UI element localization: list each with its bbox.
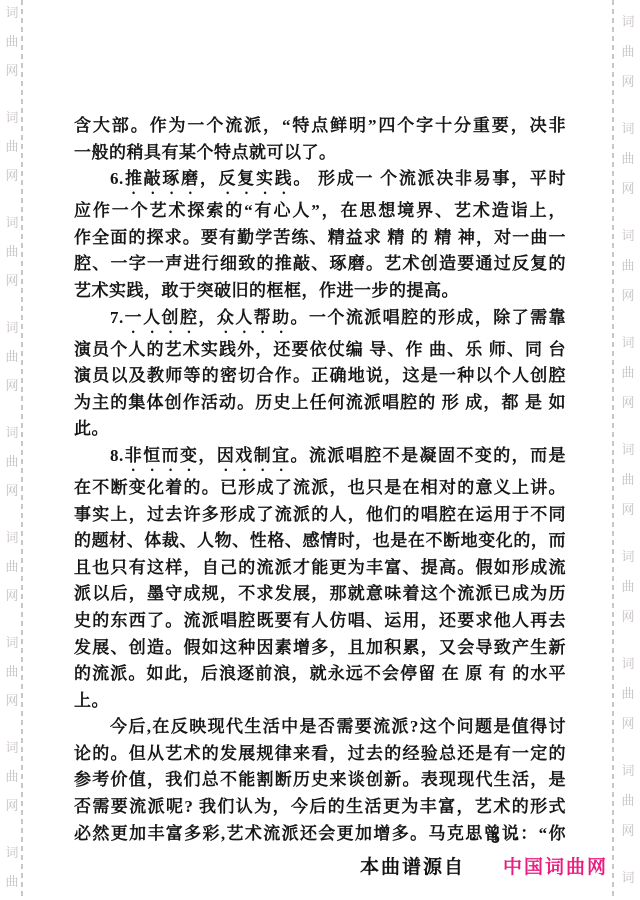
text-line: 此。 bbox=[74, 416, 566, 443]
text-segment: 上。 bbox=[74, 691, 109, 710]
text-segment: ， bbox=[198, 446, 216, 465]
watermark-text: 曲 bbox=[4, 770, 20, 783]
footer-source-label: 本曲谱源自 bbox=[360, 857, 465, 879]
watermark-text: 词 bbox=[4, 741, 20, 754]
text-segment: 腔、一字一声进行细致的推敲、琢磨。艺术创造要通过反复的 bbox=[74, 254, 566, 273]
watermark-text: 网 bbox=[4, 169, 20, 182]
watermark-text: 网 bbox=[4, 694, 20, 707]
text-line: 应作一个艺术探索的“有心人”，在思想境界、艺术造诣上， bbox=[74, 198, 566, 225]
text-segment: 且也只有这样，自己的流派才能更为丰富、提高。假如形成流 bbox=[74, 558, 566, 577]
emphasized-text: 非恒而变 bbox=[124, 446, 199, 465]
watermark-text: 曲 bbox=[4, 140, 20, 153]
watermark-text: 网 bbox=[620, 182, 636, 195]
text-segment: 演员个人的艺术实践外，还要依仗编 导、作 曲、乐 师、同 台 bbox=[74, 340, 566, 359]
watermark-column-left: 词曲网词曲网词曲网词曲网词曲网词曲网词曲网词曲网词曲 bbox=[4, 0, 20, 900]
text-line: 否需要流派呢? 我们认为，今后的生活更为丰富，艺术的形式 bbox=[74, 794, 566, 821]
watermark-text: 网 bbox=[4, 274, 20, 287]
watermark-text: 词 bbox=[620, 657, 636, 670]
text-segment: 8. bbox=[110, 446, 124, 465]
watermark-text: 词 bbox=[620, 871, 636, 884]
watermark-text: 曲 bbox=[620, 152, 636, 165]
text-line: 今后,在反映现代生活中是否需要流派?这个问题是值得讨 bbox=[74, 714, 566, 741]
text-segment: 。流派唱腔不是凝固不变的，而是 bbox=[291, 446, 566, 465]
watermark-text: 词 bbox=[620, 443, 636, 456]
watermark-text: 网 bbox=[4, 484, 20, 497]
right-dashed-border bbox=[612, 0, 614, 900]
text-segment: 为主的集体创作活动。历史上任何流派唱腔的 形 成，都 是 如 bbox=[74, 393, 566, 412]
watermark-text: 曲 bbox=[4, 560, 20, 573]
watermark-text: 网 bbox=[620, 396, 636, 409]
watermark-text: 词 bbox=[4, 111, 20, 124]
watermark-text: 网 bbox=[4, 799, 20, 812]
emphasized-text: 反复实践 bbox=[219, 169, 294, 188]
watermark-text: 词 bbox=[4, 426, 20, 439]
watermark-column-right: 词曲网词曲网词曲网词曲网词曲网词曲网词曲网词曲网词 bbox=[620, 0, 636, 900]
emphasized-text: 因戏制宜 bbox=[217, 446, 291, 465]
text-line: 腔、一字一声进行细致的推敲、琢磨。艺术创造要通过反复的 bbox=[74, 251, 566, 278]
text-line: 含大部。作为一个流派，“特点鲜明”四个字十分重要，决非 bbox=[74, 113, 566, 140]
watermark-text: 网 bbox=[620, 610, 636, 623]
watermark-text: 曲 bbox=[4, 350, 20, 363]
watermark-text: 曲 bbox=[4, 245, 20, 258]
text-line: 在不断变化着的。已形成了流派，也只是在相对的意义上讲。 bbox=[74, 475, 566, 502]
footer-site-name: 中国词曲网 bbox=[503, 857, 608, 879]
text-segment: 参考价值，我们总不能割断历史来谈创新。表现现代生活，是 bbox=[74, 770, 566, 789]
watermark-text: 曲 bbox=[620, 366, 636, 379]
watermark-text: 曲 bbox=[4, 665, 20, 678]
text-segment: 的题材、体裁、人物、性格、感情时，也是在不断地变化的，而 bbox=[74, 531, 566, 550]
text-line: 演员以及教师等的密切合作。正确地说，这是一种以个人创腔 bbox=[74, 363, 566, 390]
text-segment: 派以后，墨守成规，不求发展，那就意味着这个流派已成为历 bbox=[74, 584, 566, 603]
text-segment: ， bbox=[200, 169, 219, 188]
watermark-text: 网 bbox=[620, 289, 636, 302]
page-number-left-dot: • bbox=[472, 831, 476, 847]
watermark-text: 网 bbox=[4, 589, 20, 602]
emphasized-text: 一人创腔 bbox=[124, 308, 199, 327]
watermark-text: 网 bbox=[4, 64, 20, 77]
watermark-text: 曲 bbox=[620, 259, 636, 272]
text-segment: 今后,在反映现代生活中是否需要流派?这个问题是值得讨 bbox=[110, 717, 566, 736]
text-line: 参考价值，我们总不能割断历史来谈创新。表现现代生活，是 bbox=[74, 767, 566, 794]
watermark-text: 词 bbox=[4, 636, 20, 649]
text-line: 论的。但从艺术的发展规律来看，过去的经验总还是有一定的 bbox=[74, 741, 566, 768]
watermark-text: 词 bbox=[620, 122, 636, 135]
text-segment: 一般的稍具有某个特点就可以了。 bbox=[74, 143, 337, 162]
watermark-text: 曲 bbox=[620, 473, 636, 486]
text-segment: ， bbox=[198, 308, 216, 327]
text-line: 上。 bbox=[74, 688, 566, 715]
body-text: 含大部。作为一个流派，“特点鲜明”四个字十分重要，决非一般的稍具有某个特点就可以… bbox=[74, 113, 566, 847]
watermark-text: 曲 bbox=[620, 687, 636, 700]
text-line: 7.一人创腔，众人帮助。一个流派唱腔的形成，除了需靠 bbox=[74, 305, 566, 337]
scanned-page: 词曲网词曲网词曲网词曲网词曲网词曲网词曲网词曲网词曲 含大部。作为一个流派，“特… bbox=[0, 0, 640, 900]
text-segment: 6. bbox=[110, 169, 124, 188]
text-segment: 论的。但从艺术的发展规律来看，过去的经验总还是有一定的 bbox=[74, 744, 566, 763]
text-segment: 。一个流派唱腔的形成，除了需靠 bbox=[291, 308, 566, 327]
text-line: 为主的集体创作活动。历史上任何流派唱腔的 形 成，都 是 如 bbox=[74, 390, 566, 417]
watermark-text: 词 bbox=[620, 15, 636, 28]
text-segment: 的流派。如此，后浪逐前浪，就永远不会停留 在 原 有 的水平 bbox=[74, 664, 566, 683]
text-segment: 此。 bbox=[74, 419, 109, 438]
watermark-text: 词 bbox=[620, 550, 636, 563]
text-segment: 应作一个艺术探索的“有心人”，在思想境界、艺术造诣上， bbox=[74, 201, 566, 220]
text-segment: 艺术实践，敢于突破旧的框框，作进一步的提高。 bbox=[74, 281, 459, 300]
text-line: 事实上，过去许多形成了流派的人，他们的唱腔在运用于不同 bbox=[74, 502, 566, 529]
watermark-text: 曲 bbox=[620, 794, 636, 807]
watermark-text: 曲 bbox=[620, 580, 636, 593]
text-segment: 。 形成一 个流派决非易事，平时 bbox=[293, 169, 566, 188]
text-line: 的题材、体裁、人物、性格、感情时，也是在不断地变化的，而 bbox=[74, 528, 566, 555]
text-line: 发展、创造。假如这种因素增多，且加积累，又会导致产生新 bbox=[74, 635, 566, 662]
watermark-text: 网 bbox=[4, 379, 20, 392]
watermark-text: 词 bbox=[620, 336, 636, 349]
watermark-text: 词 bbox=[4, 846, 20, 859]
text-segment: 演员以及教师等的密切合作。正确地说，这是一种以个人创腔 bbox=[74, 366, 566, 385]
text-line: 派以后，墨守成规，不求发展，那就意味着这个流派已成为历 bbox=[74, 581, 566, 608]
footer-credit: 本曲谱源自 中国词曲网 bbox=[360, 857, 608, 879]
watermark-text: 曲 bbox=[4, 875, 20, 888]
emphasized-text: 众人帮助 bbox=[217, 308, 291, 327]
watermark-text: 词 bbox=[4, 321, 20, 334]
text-segment: 发展、创造。假如这种因素增多，且加积累，又会导致产生新 bbox=[74, 638, 566, 657]
text-line: 作全面的探求。要有勤学苦练、精益求 精 的 精 神，对一曲一 bbox=[74, 225, 566, 252]
text-segment: 作全面的探求。要有勤学苦练、精益求 精 的 精 神，对一曲一 bbox=[74, 228, 566, 247]
text-segment: 事实上，过去许多形成了流派的人，他们的唱腔在运用于不同 bbox=[74, 505, 566, 524]
watermark-text: 词 bbox=[620, 229, 636, 242]
watermark-text: 词 bbox=[4, 6, 20, 19]
page-number-value: 5 bbox=[491, 830, 500, 848]
text-line: 艺术实践，敢于突破旧的框框，作进一步的提高。 bbox=[74, 278, 566, 305]
text-line: 6.推敲琢磨，反复实践。 形成一 个流派决非易事，平时 bbox=[74, 166, 566, 198]
watermark-text: 网 bbox=[620, 824, 636, 837]
watermark-text: 网 bbox=[620, 717, 636, 730]
text-segment: 史的东西了。流派唱腔既要有人仿唱、运用，还要求他人再去 bbox=[74, 611, 566, 630]
emphasized-text: 推敲琢磨 bbox=[124, 169, 200, 188]
watermark-text: 词 bbox=[4, 216, 20, 229]
text-line: 演员个人的艺术实践外，还要依仗编 导、作 曲、乐 师、同 台 bbox=[74, 337, 566, 364]
page-number: • 5 • bbox=[472, 830, 519, 848]
page-number-right-dot: • bbox=[515, 831, 519, 847]
text-segment: 在不断变化着的。已形成了流派，也只是在相对的意义上讲。 bbox=[74, 478, 566, 497]
text-line: 且也只有这样，自己的流派才能更为丰富、提高。假如形成流 bbox=[74, 555, 566, 582]
left-dashed-border bbox=[21, 0, 23, 900]
text-line: 一般的稍具有某个特点就可以了。 bbox=[74, 140, 566, 167]
watermark-text: 曲 bbox=[4, 35, 20, 48]
watermark-text: 网 bbox=[620, 75, 636, 88]
text-line: 史的东西了。流派唱腔既要有人仿唱、运用，还要求他人再去 bbox=[74, 608, 566, 635]
text-line: 8.非恒而变，因戏制宜。流派唱腔不是凝固不变的，而是 bbox=[74, 443, 566, 475]
text-segment: 7. bbox=[110, 308, 124, 327]
watermark-text: 词 bbox=[4, 531, 20, 544]
watermark-text: 词 bbox=[620, 764, 636, 777]
text-line: 的流派。如此，后浪逐前浪，就永远不会停留 在 原 有 的水平 bbox=[74, 661, 566, 688]
watermark-text: 曲 bbox=[620, 45, 636, 58]
text-segment: 含大部。作为一个流派，“特点鲜明”四个字十分重要，决非 bbox=[74, 116, 566, 135]
watermark-text: 曲 bbox=[4, 455, 20, 468]
watermark-text: 网 bbox=[620, 503, 636, 516]
text-segment: 否需要流派呢? 我们认为，今后的生活更为丰富，艺术的形式 bbox=[74, 797, 566, 816]
